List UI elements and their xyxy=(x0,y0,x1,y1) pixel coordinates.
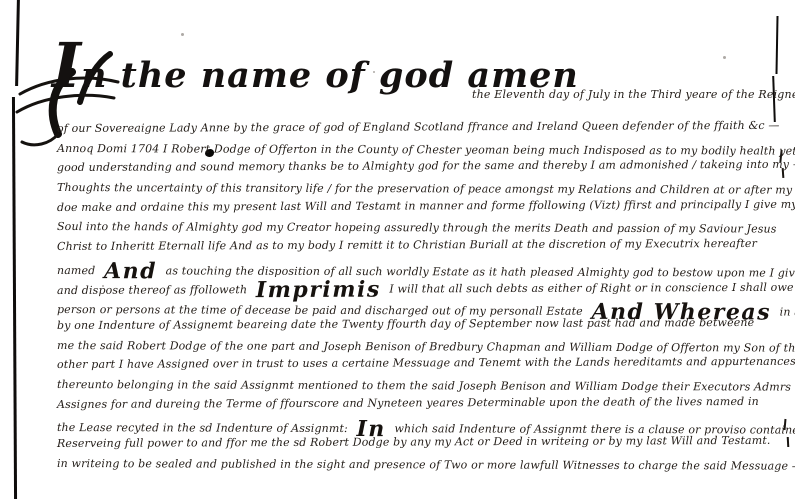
manuscript-text: in writeing to be sealed and published i… xyxy=(57,457,795,473)
manuscript-text: Soul into the hands of Almighty god my C… xyxy=(57,220,777,236)
manuscript-text: the Lease recyted in the sd Indenture of… xyxy=(57,421,352,435)
manuscript-line: other part I have Assigned over in trust… xyxy=(57,355,783,378)
manuscript-line: doe make and ordaine this my present las… xyxy=(57,198,783,221)
manuscript-text: other part I have Assigned over in trust… xyxy=(57,355,795,371)
manuscript-text: Reserveing full power to and ffor me the… xyxy=(57,434,771,450)
manuscript-text: Assignes for and dureing the Terme of ff… xyxy=(57,395,759,411)
document-heading: In the name of god amen the Eleventh day… xyxy=(52,58,579,93)
manuscript-text: named xyxy=(57,264,99,277)
manuscript-line: by one Indenture of Assignemt beareing d… xyxy=(57,316,783,339)
manuscript-text: I will that all such debts as either of … xyxy=(386,280,795,295)
manuscript-line: in writeing to be sealed and published i… xyxy=(57,457,783,479)
manuscript-text: doe make and ordaine this my present las… xyxy=(57,198,795,214)
manuscript-line: Reserveing full power to and ffor me the… xyxy=(57,434,783,457)
manuscript-text: me the said Robert Dodge of the one part… xyxy=(57,339,795,355)
scan-speckle xyxy=(181,33,184,36)
large-script-word: Imprimis xyxy=(256,276,381,303)
manuscript-line: Assignes for and dureing the Terme of ff… xyxy=(57,394,783,417)
manuscript-page: In the name of god amen the Eleventh day… xyxy=(0,0,795,499)
manuscript-line: and dispose thereof as ffolloweth Imprim… xyxy=(57,276,783,299)
manuscript-text: Annoq Domi 1704 I Robert Dodge of Offert… xyxy=(57,142,795,158)
manuscript-text: thereunto belonging in the said Assignmt… xyxy=(57,378,795,394)
manuscript-body: of our Sovereaigne Lady Anne by the grac… xyxy=(57,122,783,476)
manuscript-text: Christ to Inheritt Eternall life And as … xyxy=(57,237,757,253)
manuscript-line: good understanding and sound memory than… xyxy=(57,158,783,181)
manuscript-text: of our Sovereaigne Lady Anne by the grac… xyxy=(57,119,780,135)
manuscript-text: and dispose thereof as ffolloweth xyxy=(57,283,251,297)
manuscript-text: person or persons at the time of decease… xyxy=(57,303,587,318)
heading-continuation: the Eleventh day of July in the Third ye… xyxy=(472,88,795,101)
manuscript-text: by one Indenture of Assignemt beareing d… xyxy=(57,316,754,332)
manuscript-line: Christ to Inheritt Eternall life And as … xyxy=(57,237,783,260)
manuscript-text: good understanding and sound memory than… xyxy=(57,158,795,174)
left-margin-rule-bottom xyxy=(12,97,17,499)
scan-speckle xyxy=(723,56,726,59)
right-margin-rule-top xyxy=(775,16,778,74)
right-margin-tick xyxy=(787,437,790,447)
manuscript-line: of our Sovereaigne Lady Anne by the grac… xyxy=(57,119,783,142)
manuscript-text: Thoughts the uncertainty of this transit… xyxy=(57,181,795,197)
